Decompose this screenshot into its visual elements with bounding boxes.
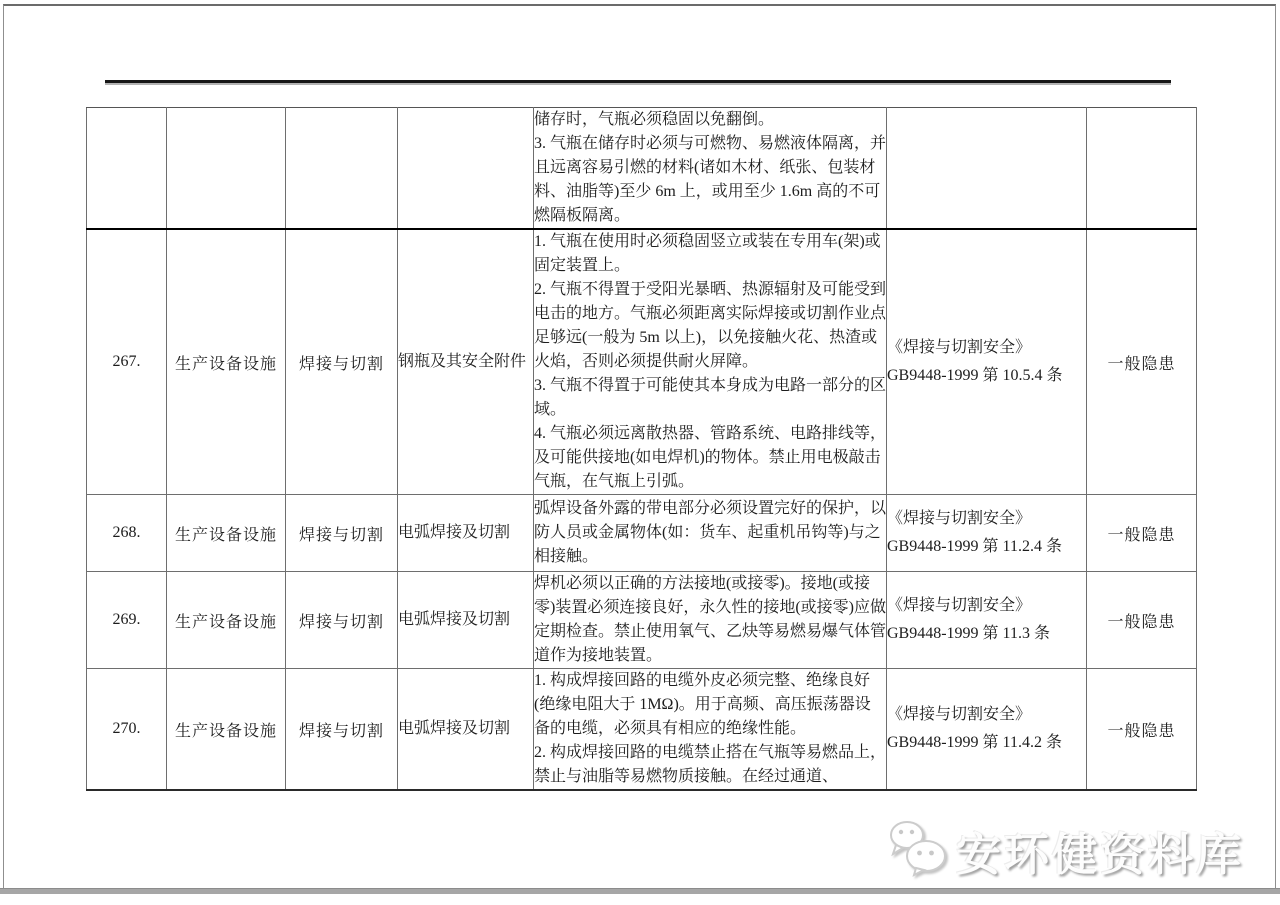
reference-clause: GB9448-1999 第 11.4.2 条 [887, 729, 1086, 757]
row-number-cell: 267. [87, 229, 167, 495]
category-cell [167, 108, 286, 230]
reference-clause: GB9448-1999 第 10.5.4 条 [887, 362, 1086, 390]
reference-clause: GB9448-1999 第 11.3 条 [887, 620, 1086, 648]
reference-clause: GB9448-1999 第 11.2.4 条 [887, 533, 1086, 561]
hazard-level-cell: 一般隐患 [1087, 495, 1197, 572]
description-cell: 储存时，气瓶必须稳固以免翻倒。 3. 气瓶在储存时必须与可燃物、易燃液体隔离，并… [534, 108, 887, 230]
subcategory-cell: 焊接与切割 [286, 229, 398, 495]
description-cell: 1. 气瓶在使用时必须稳固竖立或装在专用车(架)或固定装置上。 2. 气瓶不得置… [534, 229, 887, 495]
equipment-cell [398, 108, 534, 230]
reference-cell: 《焊接与切割安全》 GB9448-1999 第 10.5.4 条 [887, 229, 1087, 495]
table-row: 270. 生产设备设施 焊接与切割 电弧焊接及切割 1. 构成焊接回路的电缆外皮… [87, 669, 1197, 791]
category-cell: 生产设备设施 [167, 495, 286, 572]
equipment-cell: 电弧焊接及切割 [398, 572, 534, 669]
equipment-cell: 电弧焊接及切割 [398, 495, 534, 572]
description-cell: 弧焊设备外露的带电部分必须设置完好的保护，以防人员或金属物体(如：货车、起重机吊… [534, 495, 887, 572]
reference-cell: 《焊接与切割安全》 GB9448-1999 第 11.4.2 条 [887, 669, 1087, 791]
description-cell: 1. 构成焊接回路的电缆外皮必须完整、绝缘良好(绝缘电阻大于 1MΩ)。用于高频… [534, 669, 887, 791]
table-row: 268. 生产设备设施 焊接与切割 电弧焊接及切割 弧焊设备外露的带电部分必须设… [87, 495, 1197, 572]
reference-cell: 《焊接与切割安全》 GB9448-1999 第 11.2.4 条 [887, 495, 1087, 572]
footer-divider [0, 888, 1280, 894]
equipment-cell: 电弧焊接及切割 [398, 669, 534, 791]
watermark: 安环健资料库 [886, 818, 1244, 883]
row-number-cell: 268. [87, 495, 167, 572]
category-cell: 生产设备设施 [167, 572, 286, 669]
table-row: 267. 生产设备设施 焊接与切割 钢瓶及其安全附件 1. 气瓶在使用时必须稳固… [87, 229, 1197, 495]
category-cell: 生产设备设施 [167, 229, 286, 495]
page: 储存时，气瓶必须稳固以免翻倒。 3. 气瓶在储存时必须与可燃物、易燃液体隔离，并… [0, 0, 1280, 905]
hazard-level-cell [1087, 108, 1197, 230]
subcategory-cell: 焊接与切割 [286, 495, 398, 572]
header-rule [105, 80, 1171, 83]
row-number-cell [87, 108, 167, 230]
row-number-cell: 269. [87, 572, 167, 669]
subcategory-cell: 焊接与切割 [286, 572, 398, 669]
safety-checklist-table: 储存时，气瓶必须稳固以免翻倒。 3. 气瓶在储存时必须与可燃物、易燃液体隔离，并… [86, 107, 1197, 791]
subcategory-cell [286, 108, 398, 230]
description-cell: 焊机必须以正确的方法接地(或接零)。接地(或接零)装置必须连接良好，永久性的接地… [534, 572, 887, 669]
reference-title: 《焊接与切割安全》 [887, 505, 1086, 533]
hazard-level-cell: 一般隐患 [1087, 572, 1197, 669]
table-row: 储存时，气瓶必须稳固以免翻倒。 3. 气瓶在储存时必须与可燃物、易燃液体隔离，并… [87, 108, 1197, 230]
reference-title: 《焊接与切割安全》 [887, 701, 1086, 729]
subcategory-cell: 焊接与切割 [286, 669, 398, 791]
reference-title: 《焊接与切割安全》 [887, 334, 1086, 362]
row-number-cell: 270. [87, 669, 167, 791]
hazard-level-cell: 一般隐患 [1087, 669, 1197, 791]
table-row: 269. 生产设备设施 焊接与切割 电弧焊接及切割 焊机必须以正确的方法接地(或… [87, 572, 1197, 669]
watermark-label: 安环健资料库 [956, 818, 1244, 883]
wechat-icon [886, 819, 948, 882]
category-cell: 生产设备设施 [167, 669, 286, 791]
equipment-cell: 钢瓶及其安全附件 [398, 229, 534, 495]
hazard-level-cell: 一般隐患 [1087, 229, 1197, 495]
reference-cell: 《焊接与切割安全》 GB9448-1999 第 11.3 条 [887, 572, 1087, 669]
reference-title: 《焊接与切割安全》 [887, 592, 1086, 620]
reference-cell [887, 108, 1087, 230]
